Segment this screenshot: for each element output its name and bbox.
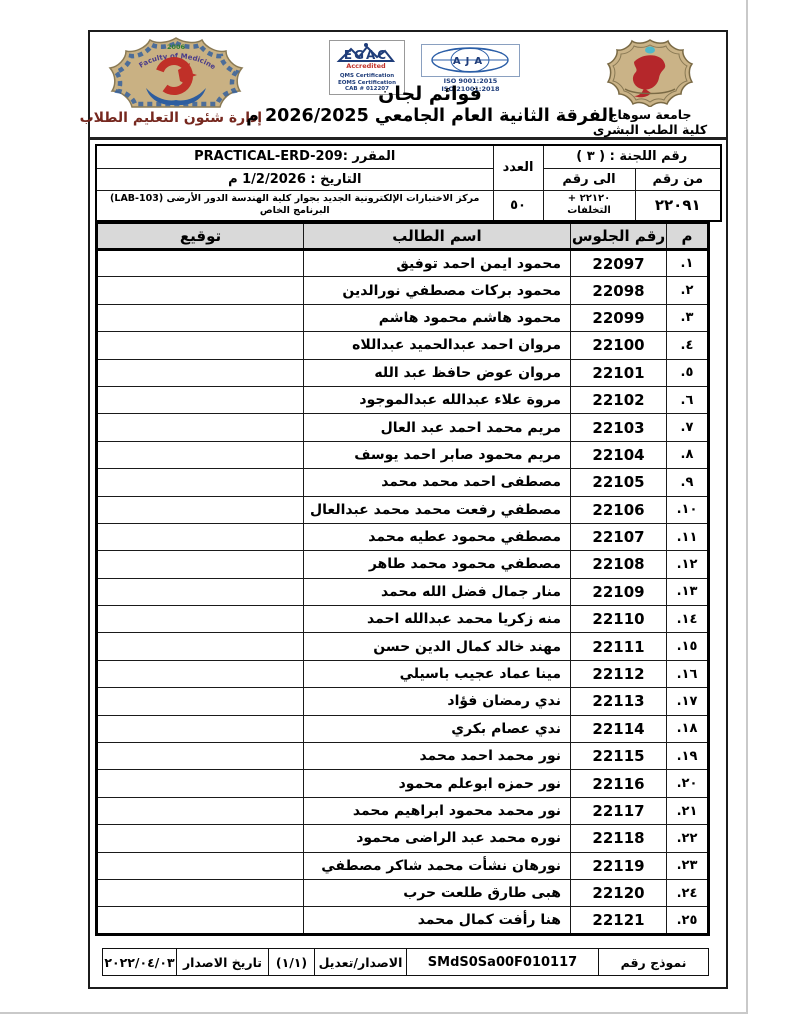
row-student-name: مريم محمود صابر احمد يوسف <box>304 441 571 468</box>
row-serial-number: ٩. <box>667 469 709 496</box>
university-shield-icon <box>604 37 696 107</box>
row-signature-cell <box>97 304 304 331</box>
student-row: ١٠. 22106 مصطفي رفعت محمد محمد عبدالعال <box>97 496 709 523</box>
row-student-name: منه زكريا محمد عبدالله احمد <box>304 606 571 633</box>
row-serial-number: ١١. <box>667 523 709 550</box>
row-signature-cell <box>97 551 304 578</box>
row-serial-number: ٢٥. <box>667 907 709 934</box>
form-footer-table: نموذج رقم SMdS0Sa00F010117 الاصدار/تعديل… <box>102 948 709 976</box>
student-row: ٨. 22104 مريم محمود صابر احمد يوسف <box>97 441 709 468</box>
row-serial-number: ١٧. <box>667 688 709 715</box>
header-student-name: اسم الطالب <box>304 223 571 250</box>
row-seat-number: 22118 <box>571 825 667 852</box>
row-serial-number: ١٠. <box>667 496 709 523</box>
student-row: ٥. 22101 مروان عوض حافظ عبد الله <box>97 359 709 386</box>
header-serial: م <box>667 223 709 250</box>
row-signature-cell <box>97 250 304 277</box>
to-number-value: ٢٢١٢٠ + <box>544 193 635 205</box>
college-name-caption: كلية الطب البشرى <box>592 122 708 137</box>
row-serial-number: ١٥. <box>667 633 709 660</box>
student-row: ٢٣. 22119 نورهان نشأت محمد شاكر مصطفي <box>97 852 709 879</box>
row-signature-cell <box>97 852 304 879</box>
row-student-name: مصطفي رفعت محمد محمد عبدالعال <box>304 496 571 523</box>
venue-line-1: مركز الاختبارات الإلكترونية الجديد بجوار… <box>97 193 493 205</box>
row-signature-cell <box>97 879 304 906</box>
row-seat-number: 22121 <box>571 907 667 934</box>
student-row: ١٢. 22108 مصطفي محمود محمد طاهر <box>97 551 709 578</box>
student-row: ٢١. 22117 نور محمد محمود ابراهيم محمد <box>97 797 709 824</box>
row-student-name: مهند خالد كمال الدين حسن <box>304 633 571 660</box>
egac-mountains-icon: EGAC Accredited <box>330 42 402 69</box>
row-seat-number: 22111 <box>571 633 667 660</box>
student-row: ١١. 22107 مصطفي محمود عطيه محمد <box>97 523 709 550</box>
row-serial-number: ٢١. <box>667 797 709 824</box>
row-seat-number: 22114 <box>571 715 667 742</box>
student-row: ٢٢. 22118 نوره محمد عبد الراضى محمود <box>97 825 709 852</box>
scan-edge-horizontal <box>0 1012 748 1014</box>
count-label-cell: العدد <box>493 145 543 190</box>
row-serial-number: ٤. <box>667 332 709 359</box>
row-signature-cell <box>97 907 304 934</box>
row-seat-number: 22120 <box>571 879 667 906</box>
form-code-cell: SMdS0Sa00F010117 <box>407 949 599 976</box>
row-serial-number: ٧. <box>667 414 709 441</box>
row-student-name: مروان عوض حافظ عبد الله <box>304 359 571 386</box>
row-student-name: محمود ايمن احمد توفيق <box>304 250 571 277</box>
row-seat-number: 22100 <box>571 332 667 359</box>
row-seat-number: 22097 <box>571 250 667 277</box>
student-row: ٢٠. 22116 نور حمزه ابوعلم محمود <box>97 770 709 797</box>
row-seat-number: 22103 <box>571 414 667 441</box>
issue-date-value-cell: ٢٠٢٢/٠٤/٠٣ <box>103 949 177 976</box>
student-row: ٢. 22098 محمود بركات مصطفي نورالدين <box>97 277 709 304</box>
student-row: ١٥. 22111 مهند خالد كمال الدين حسن <box>97 633 709 660</box>
row-student-name: ندي رمضان فؤاد <box>304 688 571 715</box>
row-seat-number: 22106 <box>571 496 667 523</box>
student-row: ٩. 22105 مصطفى احمد محمد محمد <box>97 469 709 496</box>
row-signature-cell <box>97 797 304 824</box>
row-seat-number: 22104 <box>571 441 667 468</box>
row-student-name: مصطفى احمد محمد محمد <box>304 469 571 496</box>
row-signature-cell <box>97 469 304 496</box>
student-row: ١٤. 22110 منه زكريا محمد عبدالله احمد <box>97 606 709 633</box>
egac-accredited-text: Accredited <box>346 62 386 69</box>
row-seat-number: 22105 <box>571 469 667 496</box>
row-student-name: مريم محمد احمد عبد العال <box>304 414 571 441</box>
exam-date-cell: التاريخ : 1/2/2026 م <box>96 168 493 190</box>
course-cell: المقرر :PRACTICAL-ERD-209 <box>96 145 493 168</box>
document-subtitle: الفرقة الثانية العام الجامعي 2026/2025 م <box>215 106 645 126</box>
row-serial-number: ٣. <box>667 304 709 331</box>
student-row: ١٨. 22114 ندي عصام بكري <box>97 715 709 742</box>
faculty-emblem-icon: Faculty of Medicine 2006 <box>100 36 252 109</box>
row-serial-number: ٥. <box>667 359 709 386</box>
header-signature: توقيع <box>97 223 304 250</box>
row-seat-number: 22108 <box>571 551 667 578</box>
aja-globe-icon: AJA <box>422 45 519 76</box>
row-signature-cell <box>97 332 304 359</box>
row-signature-cell <box>97 359 304 386</box>
row-signature-cell <box>97 660 304 687</box>
row-serial-number: ٦. <box>667 386 709 413</box>
egac-cert-line-1: QMS Certification <box>330 73 404 80</box>
students-table-body: ١. 22097 محمود ايمن احمد توفيق ٢. 22098 … <box>97 250 709 935</box>
to-number-carryovers: التخلفات <box>544 205 635 217</box>
row-seat-number: 22112 <box>571 660 667 687</box>
student-row: ١٧. 22113 ندي رمضان فؤاد <box>97 688 709 715</box>
row-student-name: مينا عماد عجيب باسيلي <box>304 660 571 687</box>
row-seat-number: 22107 <box>571 523 667 550</box>
row-signature-cell <box>97 715 304 742</box>
row-seat-number: 22109 <box>571 578 667 605</box>
row-student-name: محمود بركات مصطفي نورالدين <box>304 277 571 304</box>
count-value-cell: ٥٠ <box>493 190 543 221</box>
row-serial-number: ١٣. <box>667 578 709 605</box>
row-signature-cell <box>97 277 304 304</box>
student-row: ١٣. 22109 منار جمال فضل الله محمد <box>97 578 709 605</box>
row-signature-cell <box>97 496 304 523</box>
row-serial-number: ١٢. <box>667 551 709 578</box>
student-row: ١. 22097 محمود ايمن احمد توفيق <box>97 250 709 277</box>
header-seat-number: رقم الجلوس <box>571 223 667 250</box>
venue-line-2: البرنامج الخاص <box>97 205 493 217</box>
row-serial-number: ١. <box>667 250 709 277</box>
row-seat-number: 22119 <box>571 852 667 879</box>
row-serial-number: ٢. <box>667 277 709 304</box>
revision-value-cell: (١/١) <box>269 949 315 976</box>
faculty-year-text: 2006 <box>167 43 186 51</box>
row-student-name: محمود هاشم محمود هاشم <box>304 304 571 331</box>
row-seat-number: 22116 <box>571 770 667 797</box>
row-signature-cell <box>97 414 304 441</box>
row-student-name: نور محمد احمد محمد <box>304 743 571 770</box>
row-student-name: مروة علاء عبدالله عبدالموجود <box>304 386 571 413</box>
scan-edge-vertical <box>746 0 748 1014</box>
row-student-name: نوره محمد عبد الراضى محمود <box>304 825 571 852</box>
row-signature-cell <box>97 633 304 660</box>
row-signature-cell <box>97 825 304 852</box>
row-seat-number: 22101 <box>571 359 667 386</box>
row-signature-cell <box>97 743 304 770</box>
students-header-row: م رقم الجلوس اسم الطالب توقيع <box>97 223 709 250</box>
row-seat-number: 22098 <box>571 277 667 304</box>
row-student-name: مروان احمد عبدالحميد عبداللاه <box>304 332 571 359</box>
row-serial-number: ١٦. <box>667 660 709 687</box>
to-number-value-cell: ٢٢١٢٠ + التخلفات <box>543 190 635 221</box>
student-row: ٦. 22102 مروة علاء عبدالله عبدالموجود <box>97 386 709 413</box>
row-seat-number: 22110 <box>571 606 667 633</box>
row-serial-number: ١٨. <box>667 715 709 742</box>
row-student-name: منار جمال فضل الله محمد <box>304 578 571 605</box>
row-student-name: مصطفي محمود محمد طاهر <box>304 551 571 578</box>
student-row: ٤. 22100 مروان احمد عبدالحميد عبداللاه <box>97 332 709 359</box>
row-signature-cell <box>97 770 304 797</box>
row-seat-number: 22113 <box>571 688 667 715</box>
row-signature-cell <box>97 386 304 413</box>
document-title: قوائم لجان <box>250 83 610 105</box>
row-seat-number: 22102 <box>571 386 667 413</box>
row-signature-cell <box>97 578 304 605</box>
sohag-university-logo <box>604 37 696 107</box>
row-seat-number: 22117 <box>571 797 667 824</box>
aja-brand-text: AJA <box>453 56 487 67</box>
revision-label-cell: الاصدار/تعديل <box>315 949 407 976</box>
row-student-name: نور حمزه ابوعلم محمود <box>304 770 571 797</box>
to-number-label-cell: الى رقم <box>543 168 635 190</box>
row-serial-number: ٢٤. <box>667 879 709 906</box>
row-signature-cell <box>97 523 304 550</box>
from-number-label-cell: من رقم <box>635 168 721 190</box>
row-student-name: مصطفي محمود عطيه محمد <box>304 523 571 550</box>
row-seat-number: 22115 <box>571 743 667 770</box>
row-signature-cell <box>97 441 304 468</box>
row-serial-number: ٢٢. <box>667 825 709 852</box>
from-number-value-cell: ٢٢٠٩١ <box>635 190 721 221</box>
venue-cell: مركز الاختبارات الإلكترونية الجديد بجوار… <box>96 190 493 221</box>
students-table: م رقم الجلوس اسم الطالب توقيع ١. 22097 م… <box>95 221 710 936</box>
issue-date-label-cell: تاريخ الاصدار <box>177 949 269 976</box>
row-student-name: نور محمد محمود ابراهيم محمد <box>304 797 571 824</box>
faculty-of-medicine-logo: Faculty of Medicine 2006 <box>100 36 252 109</box>
row-student-name: هنا رأفت كمال محمد <box>304 907 571 934</box>
row-signature-cell <box>97 688 304 715</box>
row-signature-cell <box>97 606 304 633</box>
row-serial-number: ١٤. <box>667 606 709 633</box>
header-separator-line <box>90 137 726 140</box>
student-row: ١٦. 22112 مينا عماد عجيب باسيلي <box>97 660 709 687</box>
university-name-caption: جامعة سوهاج <box>592 107 708 122</box>
form-number-label-cell: نموذج رقم <box>599 949 709 976</box>
row-serial-number: ١٩. <box>667 743 709 770</box>
student-row: ٢٤. 22120 هبى طارق طلعت حرب <box>97 879 709 906</box>
student-row: ٧. 22103 مريم محمد احمد عبد العال <box>97 414 709 441</box>
row-serial-number: ٢٣. <box>667 852 709 879</box>
row-student-name: نورهان نشأت محمد شاكر مصطفي <box>304 852 571 879</box>
row-serial-number: ٢٠. <box>667 770 709 797</box>
row-student-name: هبى طارق طلعت حرب <box>304 879 571 906</box>
row-seat-number: 22099 <box>571 304 667 331</box>
exam-info-table: رقم اللجنة : ( ٣ ) العدد المقرر :PRACTIC… <box>95 144 722 222</box>
student-row: ٢٥. 22121 هنا رأفت كمال محمد <box>97 907 709 934</box>
committee-number-cell: رقم اللجنة : ( ٣ ) <box>543 145 721 168</box>
student-row: ١٩. 22115 نور محمد احمد محمد <box>97 743 709 770</box>
student-row: ٣. 22099 محمود هاشم محمود هاشم <box>97 304 709 331</box>
row-serial-number: ٨. <box>667 441 709 468</box>
row-student-name: ندي عصام بكري <box>304 715 571 742</box>
